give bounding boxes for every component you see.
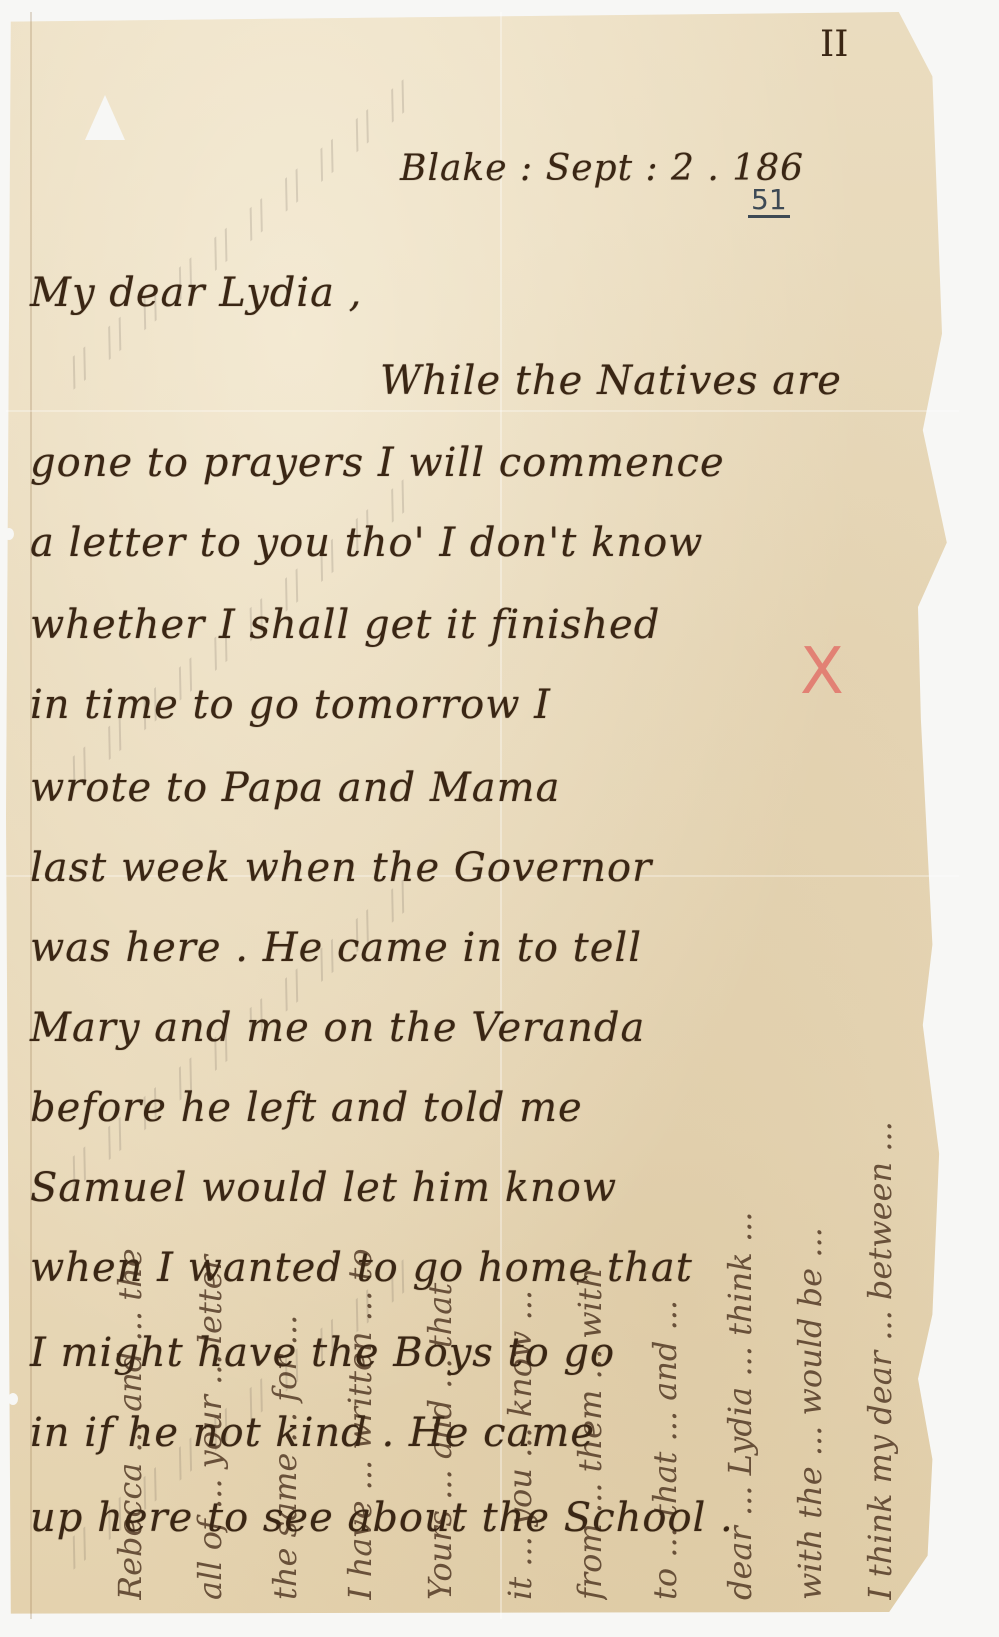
paper-hole	[4, 528, 14, 540]
letter-line: whether I shall get it finished	[30, 602, 660, 648]
cross-written-column: dear ... Lydia ... think ...	[720, 40, 760, 1600]
letter-line: last week when the Governor	[30, 845, 652, 891]
cross-written-column: to ... that ... and ...	[645, 40, 685, 1600]
red-x-mark: X	[800, 640, 844, 704]
cross-written-column: with the ... would be ...	[790, 40, 830, 1600]
letter-line: Samuel would let him know	[30, 1165, 617, 1211]
letter-line: in if he not kind . He came	[30, 1410, 595, 1456]
letter-salutation: My dear Lydia ,	[30, 270, 362, 316]
letter-line: wrote to Papa and Mama	[30, 765, 560, 811]
archive-stamp: 51	[748, 185, 790, 218]
cross-written-column: I think my dear ... between ...	[860, 40, 900, 1600]
letter-line: I might have the Boys to go	[30, 1330, 615, 1376]
letter-line: While the Natives are	[380, 358, 842, 404]
letter-line: before he left and told me	[30, 1085, 583, 1131]
fold-crease-left	[30, 12, 32, 1619]
letter-line: in time to go tomorrow I	[30, 682, 551, 728]
letter-dateline: Blake : Sept : 2 . 186	[400, 148, 804, 189]
letter-line: a letter to you tho' I don't know	[30, 520, 703, 566]
letter-line: was here . He came in to tell	[30, 925, 642, 971]
paper-hole	[8, 1393, 18, 1405]
letter-line: up here to see about the School .	[30, 1495, 734, 1541]
letter-line: Mary and me on the Veranda	[30, 1005, 645, 1051]
page-number-mark: II	[820, 24, 848, 65]
letter-line: when I wanted to go home that	[30, 1245, 693, 1291]
letter-line: gone to prayers I will commence	[30, 440, 725, 486]
